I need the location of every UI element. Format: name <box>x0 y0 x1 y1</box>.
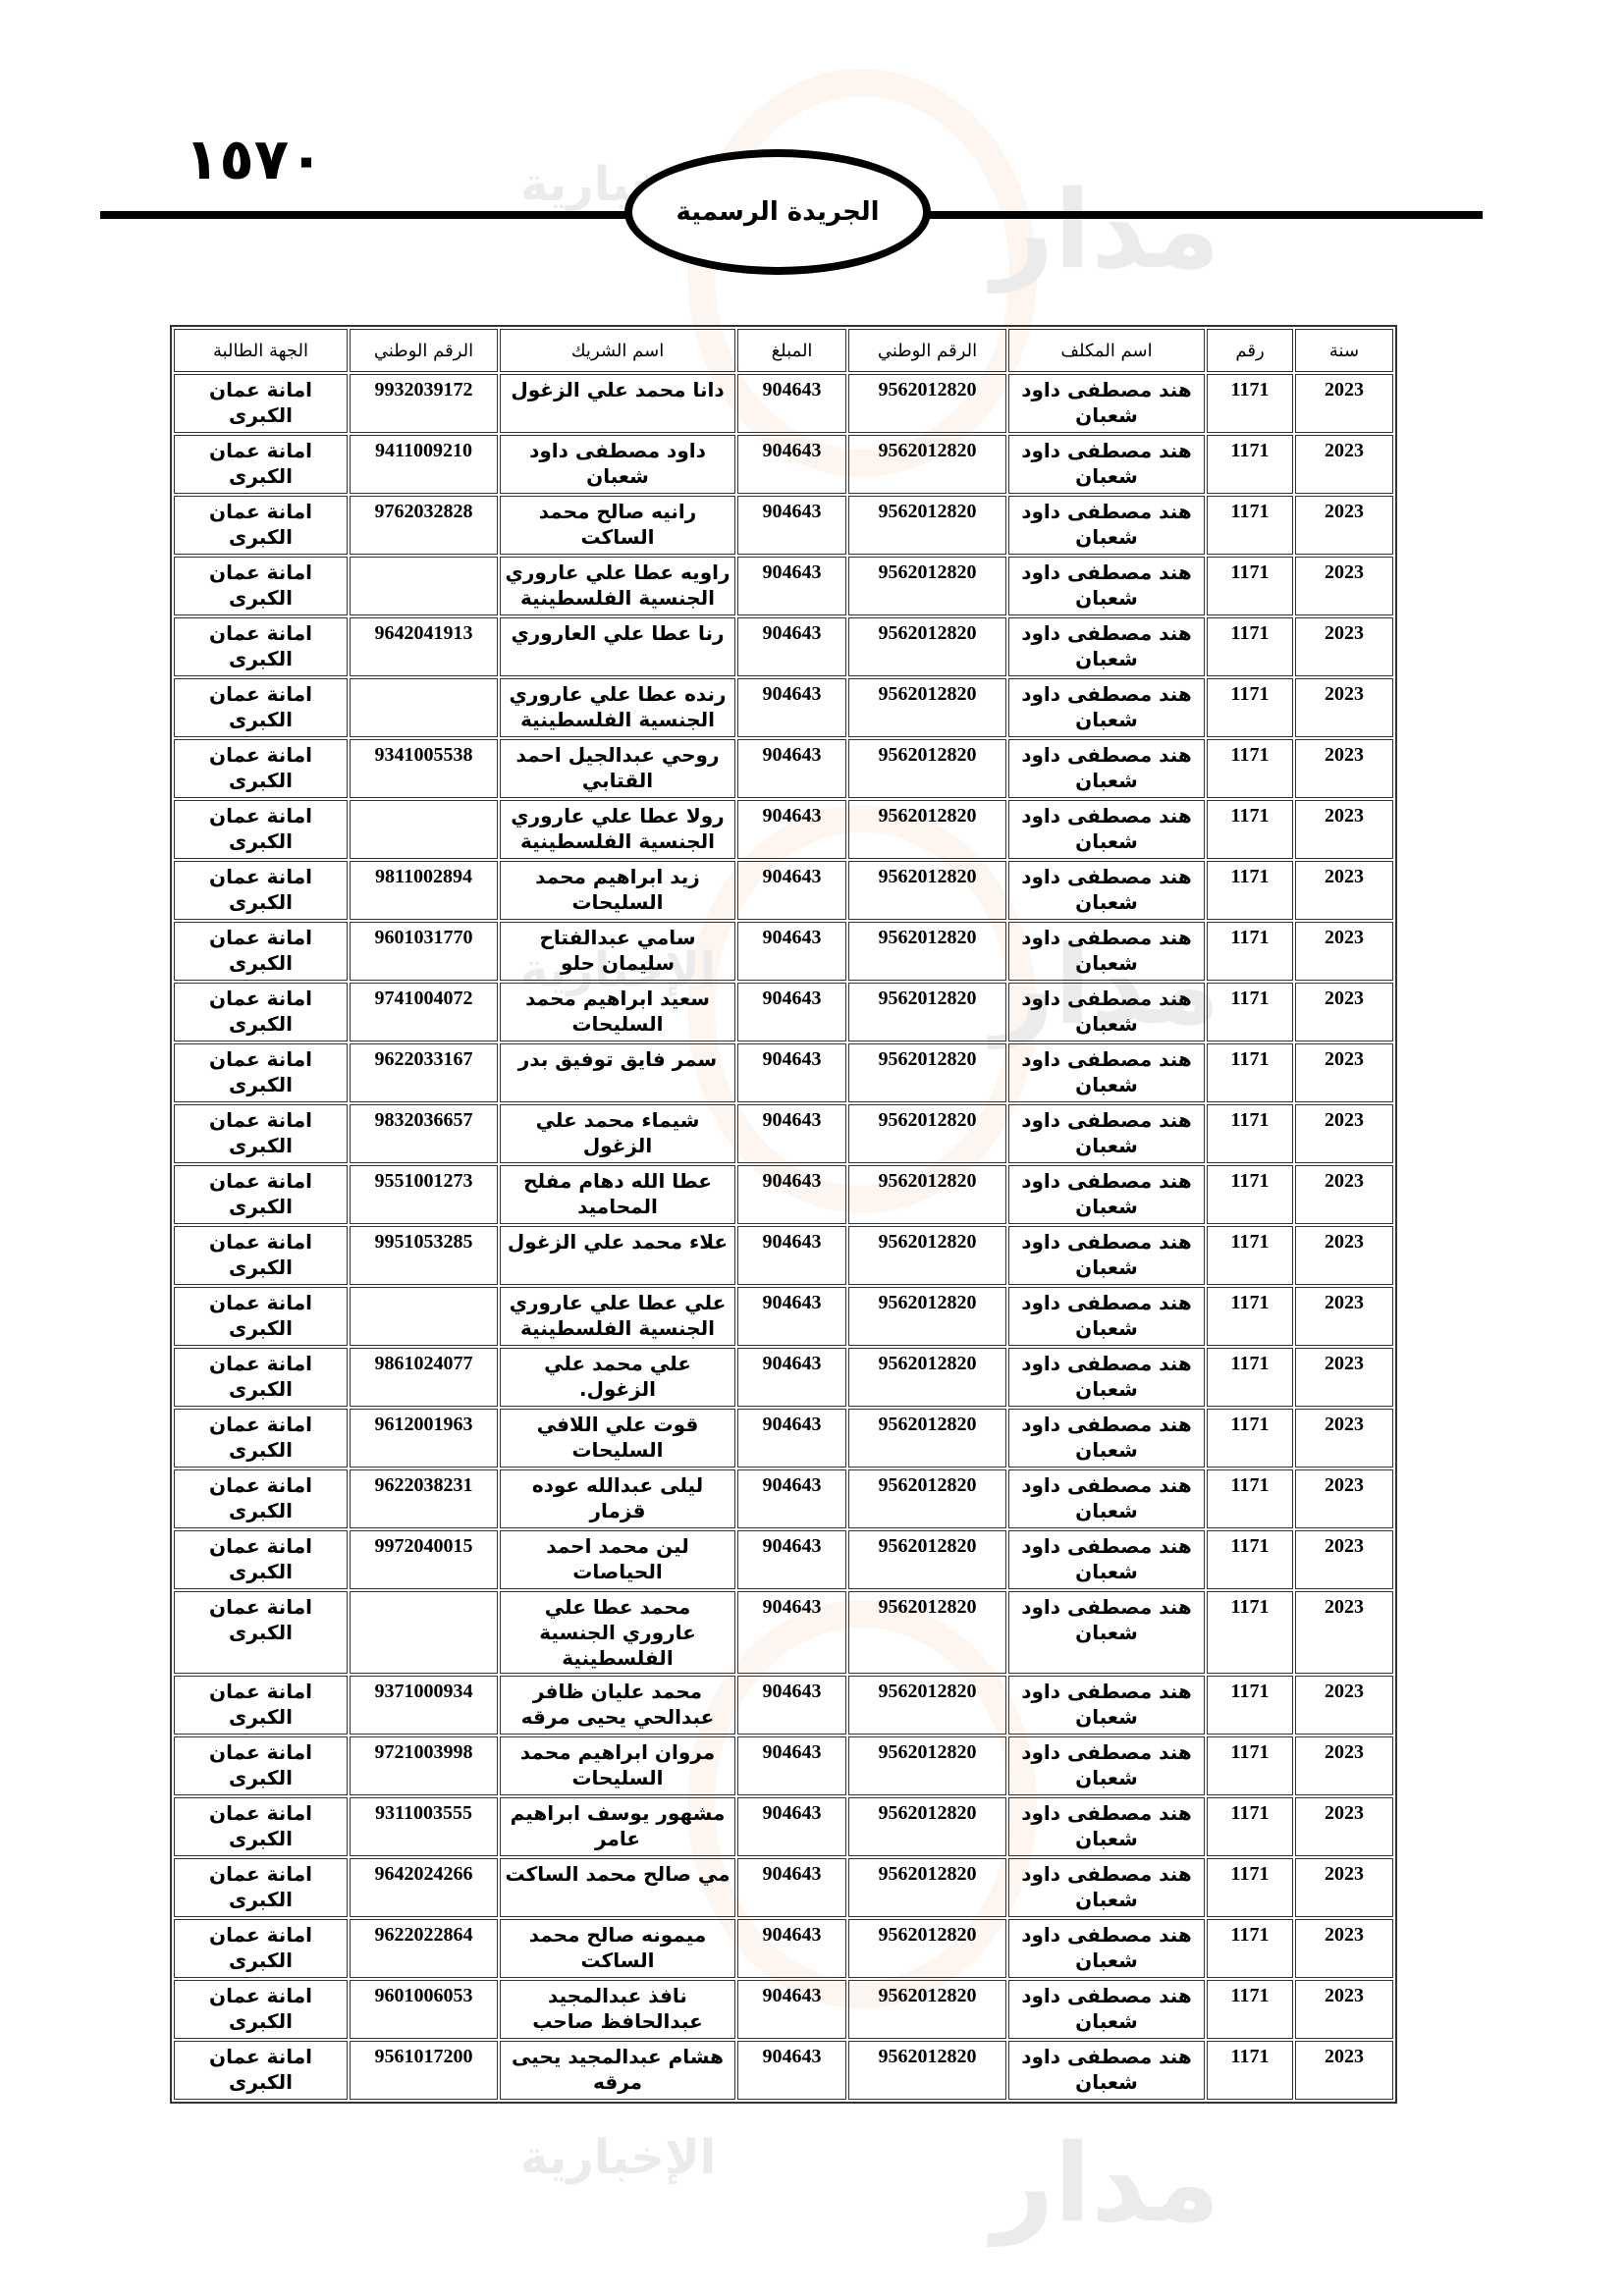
number-cell: 1171 <box>1207 435 1293 494</box>
taxpayer-national-id-cell: 9562012820 <box>848 983 1006 1041</box>
amount-cell: 904643 <box>737 1980 846 2039</box>
year-cell: 2023 <box>1295 1530 1393 1589</box>
partner-name-cell: محمد عليان ظافر عبدالحي يحيى مرقه <box>500 1676 735 1735</box>
amount-cell: 904643 <box>737 1287 846 1346</box>
partner-name-cell: رنده عطا علي عاروري الجنسية الفلسطينية <box>500 678 735 737</box>
amount-cell: 904643 <box>737 1104 846 1163</box>
column-header-partner-name: اسم الشريك <box>500 329 735 372</box>
number-cell: 1171 <box>1207 557 1293 615</box>
year-cell: 2023 <box>1295 1287 1393 1346</box>
taxpayer-name-cell: هند مصطفى داود شعبان <box>1008 1469 1205 1528</box>
partner-name-cell: سمر فايق توفيق بدر <box>500 1043 735 1102</box>
partner-name-cell: سعيد ابراهيم محمد السليحات <box>500 983 735 1041</box>
amount-cell: 904643 <box>737 1736 846 1795</box>
requesting-authority-cell: امانة عمان الكبرى <box>174 1165 348 1224</box>
partner-name-cell: علاء محمد علي الزغول <box>500 1226 735 1285</box>
partner-name-cell: علي محمد علي الزغول. <box>500 1348 735 1407</box>
taxpayer-name-cell: هند مصطفى داود شعبان <box>1008 374 1205 433</box>
requesting-authority-cell: امانة عمان الكبرى <box>174 922 348 981</box>
taxpayer-name-cell: هند مصطفى داود شعبان <box>1008 1736 1205 1795</box>
taxpayer-name-cell: هند مصطفى داود شعبان <box>1008 1797 1205 1856</box>
number-cell: 1171 <box>1207 1348 1293 1407</box>
table-row: 20231171هند مصطفى داود شعبان956201282090… <box>174 1226 1393 1285</box>
partner-name-cell: ليلى عبدالله عوده قزمار <box>500 1469 735 1528</box>
number-cell: 1171 <box>1207 1104 1293 1163</box>
table-row: 20231171هند مصطفى داود شعبان956201282090… <box>174 2041 1393 2100</box>
table-body: 20231171هند مصطفى داود شعبان956201282090… <box>174 374 1393 2100</box>
partner-name-cell: دانا محمد علي الزغول <box>500 374 735 433</box>
table-row: 20231171هند مصطفى داود شعبان956201282090… <box>174 861 1393 920</box>
table-row: 20231171هند مصطفى داود شعبان956201282090… <box>174 1797 1393 1856</box>
requesting-authority-cell: امانة عمان الكبرى <box>174 861 348 920</box>
taxpayer-national-id-cell: 9562012820 <box>848 739 1006 798</box>
requesting-authority-cell: امانة عمان الكبرى <box>174 1980 348 2039</box>
requesting-authority-cell: امانة عمان الكبرى <box>174 557 348 615</box>
amount-cell: 904643 <box>737 1409 846 1468</box>
partner-national-id-cell: 9551001273 <box>350 1165 498 1224</box>
partner-national-id-cell: 9612001963 <box>350 1409 498 1468</box>
year-cell: 2023 <box>1295 922 1393 981</box>
table-row: 20231171هند مصطفى داود شعبان956201282090… <box>174 1469 1393 1528</box>
taxpayer-national-id-cell: 9562012820 <box>848 1348 1006 1407</box>
taxpayer-national-id-cell: 9562012820 <box>848 1736 1006 1795</box>
requesting-authority-cell: امانة عمان الكبرى <box>174 1676 348 1735</box>
partner-national-id-cell <box>350 800 498 859</box>
table-row: 20231171هند مصطفى داود شعبان956201282090… <box>174 983 1393 1041</box>
number-cell: 1171 <box>1207 678 1293 737</box>
publication-title: الجريدة الرسمية <box>677 197 880 227</box>
column-header-requesting-authority: الجهة الطالبة <box>174 329 348 372</box>
amount-cell: 904643 <box>737 617 846 676</box>
taxpayer-national-id-cell: 9562012820 <box>848 1165 1006 1224</box>
number-cell: 1171 <box>1207 922 1293 981</box>
requesting-authority-cell: امانة عمان الكبرى <box>174 1287 348 1346</box>
requesting-authority-cell: امانة عمان الكبرى <box>174 1226 348 1285</box>
taxpayer-name-cell: هند مصطفى داود شعبان <box>1008 1858 1205 1917</box>
requesting-authority-cell: امانة عمان الكبرى <box>174 1469 348 1528</box>
partner-name-cell: عطا الله دهام مفلح المحاميد <box>500 1165 735 1224</box>
requesting-authority-cell: امانة عمان الكبرى <box>174 1104 348 1163</box>
year-cell: 2023 <box>1295 1591 1393 1674</box>
table-row: 20231171هند مصطفى داود شعبان956201282090… <box>174 1676 1393 1735</box>
taxpayer-name-cell: هند مصطفى داود شعبان <box>1008 800 1205 859</box>
requesting-authority-cell: امانة عمان الكبرى <box>174 678 348 737</box>
year-cell: 2023 <box>1295 1736 1393 1795</box>
year-cell: 2023 <box>1295 1165 1393 1224</box>
requesting-authority-cell: امانة عمان الكبرى <box>174 1919 348 1978</box>
number-cell: 1171 <box>1207 1797 1293 1856</box>
year-cell: 2023 <box>1295 861 1393 920</box>
number-cell: 1171 <box>1207 1287 1293 1346</box>
watermark-brand: مدار <box>992 2120 1220 2246</box>
taxpayer-name-cell: هند مصطفى داود شعبان <box>1008 861 1205 920</box>
taxpayer-national-id-cell: 9562012820 <box>848 1797 1006 1856</box>
amount-cell: 904643 <box>737 983 846 1041</box>
taxpayer-name-cell: هند مصطفى داود شعبان <box>1008 2041 1205 2100</box>
year-cell: 2023 <box>1295 1104 1393 1163</box>
table-row: 20231171هند مصطفى داود شعبان956201282090… <box>174 1104 1393 1163</box>
number-cell: 1171 <box>1207 739 1293 798</box>
partner-name-cell: رولا عطا علي عاروري الجنسية الفلسطينية <box>500 800 735 859</box>
partner-national-id-cell: 9811002894 <box>350 861 498 920</box>
taxpayer-national-id-cell: 9562012820 <box>848 1469 1006 1528</box>
amount-cell: 904643 <box>737 861 846 920</box>
year-cell: 2023 <box>1295 678 1393 737</box>
amount-cell: 904643 <box>737 435 846 494</box>
partner-name-cell: راويه عطا علي عاروري الجنسية الفلسطينية <box>500 557 735 615</box>
partner-name-cell: زيد ابراهيم محمد السليحات <box>500 861 735 920</box>
watermark-brand-sub: الإخبارية <box>520 2130 716 2185</box>
taxpayer-national-id-cell: 9562012820 <box>848 1919 1006 1978</box>
taxpayer-national-id-cell: 9562012820 <box>848 1104 1006 1163</box>
year-cell: 2023 <box>1295 1676 1393 1735</box>
number-cell: 1171 <box>1207 1165 1293 1224</box>
year-cell: 2023 <box>1295 983 1393 1041</box>
partner-name-cell: داود مصطفى داود شعبان <box>500 435 735 494</box>
number-cell: 1171 <box>1207 861 1293 920</box>
taxpayer-name-cell: هند مصطفى داود شعبان <box>1008 922 1205 981</box>
amount-cell: 904643 <box>737 1858 846 1917</box>
taxpayer-name-cell: هند مصطفى داود شعبان <box>1008 1043 1205 1102</box>
taxpayer-national-id-cell: 9562012820 <box>848 1980 1006 2039</box>
table-row: 20231171هند مصطفى داود شعبان956201282090… <box>174 1409 1393 1468</box>
requesting-authority-cell: امانة عمان الكبرى <box>174 1736 348 1795</box>
table-row: 20231171هند مصطفى داود شعبان956201282090… <box>174 1287 1393 1346</box>
partner-national-id-cell: 9741004072 <box>350 983 498 1041</box>
partner-national-id-cell: 9642024266 <box>350 1858 498 1917</box>
requesting-authority-cell: امانة عمان الكبرى <box>174 496 348 555</box>
taxpayer-name-cell: هند مصطفى داود شعبان <box>1008 1348 1205 1407</box>
amount-cell: 904643 <box>737 1797 846 1856</box>
partner-national-id-cell: 9932039172 <box>350 374 498 433</box>
year-cell: 2023 <box>1295 2041 1393 2100</box>
requesting-authority-cell: امانة عمان الكبرى <box>174 1797 348 1856</box>
amount-cell: 904643 <box>737 1530 846 1589</box>
year-cell: 2023 <box>1295 496 1393 555</box>
watermark-brand: مدار <box>992 167 1220 293</box>
taxpayer-national-id-cell: 9562012820 <box>848 1043 1006 1102</box>
amount-cell: 904643 <box>737 739 846 798</box>
partner-national-id-cell: 9371000934 <box>350 1676 498 1735</box>
partner-name-cell: روحي عبدالجيل احمد القتابي <box>500 739 735 798</box>
partner-name-cell: مروان ابراهيم محمد السليحات <box>500 1736 735 1795</box>
taxpayer-national-id-cell: 9562012820 <box>848 617 1006 676</box>
partner-name-cell: محمد عطا علي عاروري الجنسية الفلسطينية <box>500 1591 735 1674</box>
partner-national-id-cell <box>350 1591 498 1674</box>
records-table: سنة رقم اسم المكلف الرقم الوطني المبلغ ا… <box>170 325 1397 2104</box>
amount-cell: 904643 <box>737 1043 846 1102</box>
taxpayer-name-cell: هند مصطفى داود شعبان <box>1008 1980 1205 2039</box>
requesting-authority-cell: امانة عمان الكبرى <box>174 800 348 859</box>
number-cell: 1171 <box>1207 1858 1293 1917</box>
partner-name-cell: نافذ عبدالمجيد عبدالحافظ صاحب <box>500 1980 735 2039</box>
amount-cell: 904643 <box>737 800 846 859</box>
taxpayer-name-cell: هند مصطفى داود شعبان <box>1008 1919 1205 1978</box>
column-header-year: سنة <box>1295 329 1393 372</box>
partner-national-id-cell: 9601006053 <box>350 1980 498 2039</box>
year-cell: 2023 <box>1295 1226 1393 1285</box>
table-row: 20231171هند مصطفى داود شعبان956201282090… <box>174 1043 1393 1102</box>
taxpayer-name-cell: هند مصطفى داود شعبان <box>1008 557 1205 615</box>
partner-national-id-cell: 9622038231 <box>350 1469 498 1528</box>
number-cell: 1171 <box>1207 1980 1293 2039</box>
number-cell: 1171 <box>1207 983 1293 1041</box>
taxpayer-name-cell: هند مصطفى داود شعبان <box>1008 1104 1205 1163</box>
partner-name-cell: مي صالح محمد الساكت <box>500 1858 735 1917</box>
publication-title-oval: الجريدة الرسمية <box>624 149 931 275</box>
year-cell: 2023 <box>1295 1348 1393 1407</box>
partner-national-id-cell: 9411009210 <box>350 435 498 494</box>
partner-name-cell: شيماء محمد علي الزغول <box>500 1104 735 1163</box>
table-row: 20231171هند مصطفى داود شعبان956201282090… <box>174 1165 1393 1224</box>
taxpayer-name-cell: هند مصطفى داود شعبان <box>1008 1591 1205 1674</box>
taxpayer-national-id-cell: 9562012820 <box>848 678 1006 737</box>
amount-cell: 904643 <box>737 1919 846 1978</box>
amount-cell: 904643 <box>737 1676 846 1735</box>
year-cell: 2023 <box>1295 800 1393 859</box>
partner-national-id-cell: 9642041913 <box>350 617 498 676</box>
requesting-authority-cell: امانة عمان الكبرى <box>174 983 348 1041</box>
table-row: 20231171هند مصطفى داود شعبان956201282090… <box>174 557 1393 615</box>
table-row: 20231171هند مصطفى داود شعبان956201282090… <box>174 1530 1393 1589</box>
year-cell: 2023 <box>1295 739 1393 798</box>
requesting-authority-cell: امانة عمان الكبرى <box>174 1409 348 1468</box>
amount-cell: 904643 <box>737 2041 846 2100</box>
amount-cell: 904643 <box>737 922 846 981</box>
taxpayer-national-id-cell: 9562012820 <box>848 1530 1006 1589</box>
table-row: 20231171هند مصطفى داود شعبان956201282090… <box>174 617 1393 676</box>
taxpayer-name-cell: هند مصطفى داود شعبان <box>1008 435 1205 494</box>
partner-national-id-cell <box>350 557 498 615</box>
year-cell: 2023 <box>1295 1409 1393 1468</box>
number-cell: 1171 <box>1207 1736 1293 1795</box>
taxpayer-name-cell: هند مصطفى داود شعبان <box>1008 983 1205 1041</box>
number-cell: 1171 <box>1207 1591 1293 1674</box>
partner-national-id-cell <box>350 1287 498 1346</box>
table-row: 20231171هند مصطفى داود شعبان956201282090… <box>174 374 1393 433</box>
partner-name-cell: سامي عبدالفتاح سليمان حلو <box>500 922 735 981</box>
partner-name-cell: هشام عبدالمجيد يحيى مرقه <box>500 2041 735 2100</box>
requesting-authority-cell: امانة عمان الكبرى <box>174 374 348 433</box>
taxpayer-national-id-cell: 9562012820 <box>848 922 1006 981</box>
amount-cell: 904643 <box>737 496 846 555</box>
partner-name-cell: رنا عطا علي العاروري <box>500 617 735 676</box>
number-cell: 1171 <box>1207 496 1293 555</box>
table-row: 20231171هند مصطفى داود شعبان956201282090… <box>174 1348 1393 1407</box>
partner-name-cell: قوت علي اللافي السليحات <box>500 1409 735 1468</box>
number-cell: 1171 <box>1207 1530 1293 1589</box>
amount-cell: 904643 <box>737 1226 846 1285</box>
taxpayer-name-cell: هند مصطفى داود شعبان <box>1008 739 1205 798</box>
year-cell: 2023 <box>1295 1980 1393 2039</box>
number-cell: 1171 <box>1207 1043 1293 1102</box>
taxpayer-name-cell: هند مصطفى داود شعبان <box>1008 678 1205 737</box>
requesting-authority-cell: امانة عمان الكبرى <box>174 1348 348 1407</box>
column-header-partner-national-id: الرقم الوطني <box>350 329 498 372</box>
number-cell: 1171 <box>1207 1919 1293 1978</box>
partner-national-id-cell: 9721003998 <box>350 1736 498 1795</box>
table-row: 20231171هند مصطفى داود شعبان956201282090… <box>174 1919 1393 1978</box>
taxpayer-national-id-cell: 9562012820 <box>848 861 1006 920</box>
taxpayer-national-id-cell: 9562012820 <box>848 374 1006 433</box>
taxpayer-name-cell: هند مصطفى داود شعبان <box>1008 1226 1205 1285</box>
number-cell: 1171 <box>1207 1676 1293 1735</box>
partner-national-id-cell: 9341005538 <box>350 739 498 798</box>
column-header-taxpayer-national-id: الرقم الوطني <box>848 329 1006 372</box>
requesting-authority-cell: امانة عمان الكبرى <box>174 435 348 494</box>
year-cell: 2023 <box>1295 1469 1393 1528</box>
partner-national-id-cell: 9622033167 <box>350 1043 498 1102</box>
number-cell: 1171 <box>1207 1409 1293 1468</box>
taxpayer-national-id-cell: 9562012820 <box>848 496 1006 555</box>
table-row: 20231171هند مصطفى داود شعبان956201282090… <box>174 1736 1393 1795</box>
taxpayer-name-cell: هند مصطفى داود شعبان <box>1008 617 1205 676</box>
year-cell: 2023 <box>1295 435 1393 494</box>
amount-cell: 904643 <box>737 1348 846 1407</box>
amount-cell: 904643 <box>737 557 846 615</box>
page-number: ١٥٧٠ <box>185 126 324 192</box>
requesting-authority-cell: امانة عمان الكبرى <box>174 1043 348 1102</box>
partner-name-cell: لين محمد احمد الحياصات <box>500 1530 735 1589</box>
year-cell: 2023 <box>1295 1797 1393 1856</box>
year-cell: 2023 <box>1295 1043 1393 1102</box>
taxpayer-national-id-cell: 9562012820 <box>848 2041 1006 2100</box>
partner-name-cell: علي عطا علي عاروري الجنسية الفلسطينية <box>500 1287 735 1346</box>
year-cell: 2023 <box>1295 617 1393 676</box>
partner-name-cell: رانيه صالح محمد الساكت <box>500 496 735 555</box>
taxpayer-name-cell: هند مصطفى داود شعبان <box>1008 1409 1205 1468</box>
partner-name-cell: مشهور يوسف ابراهيم عامر <box>500 1797 735 1856</box>
table-row: 20231171هند مصطفى داود شعبان956201282090… <box>174 800 1393 859</box>
taxpayer-national-id-cell: 9562012820 <box>848 1226 1006 1285</box>
taxpayer-name-cell: هند مصطفى داود شعبان <box>1008 1165 1205 1224</box>
number-cell: 1171 <box>1207 1469 1293 1528</box>
requesting-authority-cell: امانة عمان الكبرى <box>174 739 348 798</box>
year-cell: 2023 <box>1295 1919 1393 1978</box>
number-cell: 1171 <box>1207 800 1293 859</box>
requesting-authority-cell: امانة عمان الكبرى <box>174 1530 348 1589</box>
taxpayer-name-cell: هند مصطفى داود شعبان <box>1008 1287 1205 1346</box>
partner-national-id-cell: 9762032828 <box>350 496 498 555</box>
partner-national-id-cell: 9311003555 <box>350 1797 498 1856</box>
amount-cell: 904643 <box>737 678 846 737</box>
taxpayer-name-cell: هند مصطفى داود شعبان <box>1008 1676 1205 1735</box>
table-row: 20231171هند مصطفى داود شعبان956201282090… <box>174 1591 1393 1674</box>
taxpayer-national-id-cell: 9562012820 <box>848 1858 1006 1917</box>
taxpayer-name-cell: هند مصطفى داود شعبان <box>1008 496 1205 555</box>
table-row: 20231171هند مصطفى داود شعبان956201282090… <box>174 1858 1393 1917</box>
requesting-authority-cell: امانة عمان الكبرى <box>174 2041 348 2100</box>
year-cell: 2023 <box>1295 557 1393 615</box>
table-row: 20231171هند مصطفى داود شعبان956201282090… <box>174 435 1393 494</box>
partner-national-id-cell: 9972040015 <box>350 1530 498 1589</box>
year-cell: 2023 <box>1295 374 1393 433</box>
year-cell: 2023 <box>1295 1858 1393 1917</box>
partner-national-id-cell <box>350 678 498 737</box>
table-header-row: سنة رقم اسم المكلف الرقم الوطني المبلغ ا… <box>174 329 1393 372</box>
taxpayer-national-id-cell: 9562012820 <box>848 435 1006 494</box>
table-row: 20231171هند مصطفى داود شعبان956201282090… <box>174 922 1393 981</box>
table-row: 20231171هند مصطفى داود شعبان956201282090… <box>174 678 1393 737</box>
requesting-authority-cell: امانة عمان الكبرى <box>174 1591 348 1674</box>
partner-national-id-cell: 9622022864 <box>350 1919 498 1978</box>
partner-national-id-cell: 9561017200 <box>350 2041 498 2100</box>
taxpayer-national-id-cell: 9562012820 <box>848 1591 1006 1674</box>
column-header-number: رقم <box>1207 329 1293 372</box>
partner-name-cell: ميمونه صالح محمد الساكت <box>500 1919 735 1978</box>
requesting-authority-cell: امانة عمان الكبرى <box>174 617 348 676</box>
partner-national-id-cell: 9861024077 <box>350 1348 498 1407</box>
number-cell: 1171 <box>1207 617 1293 676</box>
number-cell: 1171 <box>1207 1226 1293 1285</box>
taxpayer-national-id-cell: 9562012820 <box>848 800 1006 859</box>
table-row: 20231171هند مصطفى داود شعبان956201282090… <box>174 739 1393 798</box>
amount-cell: 904643 <box>737 1591 846 1674</box>
table-row: 20231171هند مصطفى داود شعبان956201282090… <box>174 496 1393 555</box>
column-header-taxpayer-name: اسم المكلف <box>1008 329 1205 372</box>
table-row: 20231171هند مصطفى داود شعبان956201282090… <box>174 1980 1393 2039</box>
amount-cell: 904643 <box>737 1165 846 1224</box>
number-cell: 1171 <box>1207 374 1293 433</box>
taxpayer-national-id-cell: 9562012820 <box>848 1676 1006 1735</box>
partner-national-id-cell: 9832036657 <box>350 1104 498 1163</box>
partner-national-id-cell: 9951053285 <box>350 1226 498 1285</box>
taxpayer-national-id-cell: 9562012820 <box>848 1287 1006 1346</box>
amount-cell: 904643 <box>737 374 846 433</box>
number-cell: 1171 <box>1207 2041 1293 2100</box>
taxpayer-national-id-cell: 9562012820 <box>848 557 1006 615</box>
partner-national-id-cell: 9601031770 <box>350 922 498 981</box>
requesting-authority-cell: امانة عمان الكبرى <box>174 1858 348 1917</box>
taxpayer-name-cell: هند مصطفى داود شعبان <box>1008 1530 1205 1589</box>
column-header-amount: المبلغ <box>737 329 846 372</box>
amount-cell: 904643 <box>737 1469 846 1528</box>
taxpayer-national-id-cell: 9562012820 <box>848 1409 1006 1468</box>
